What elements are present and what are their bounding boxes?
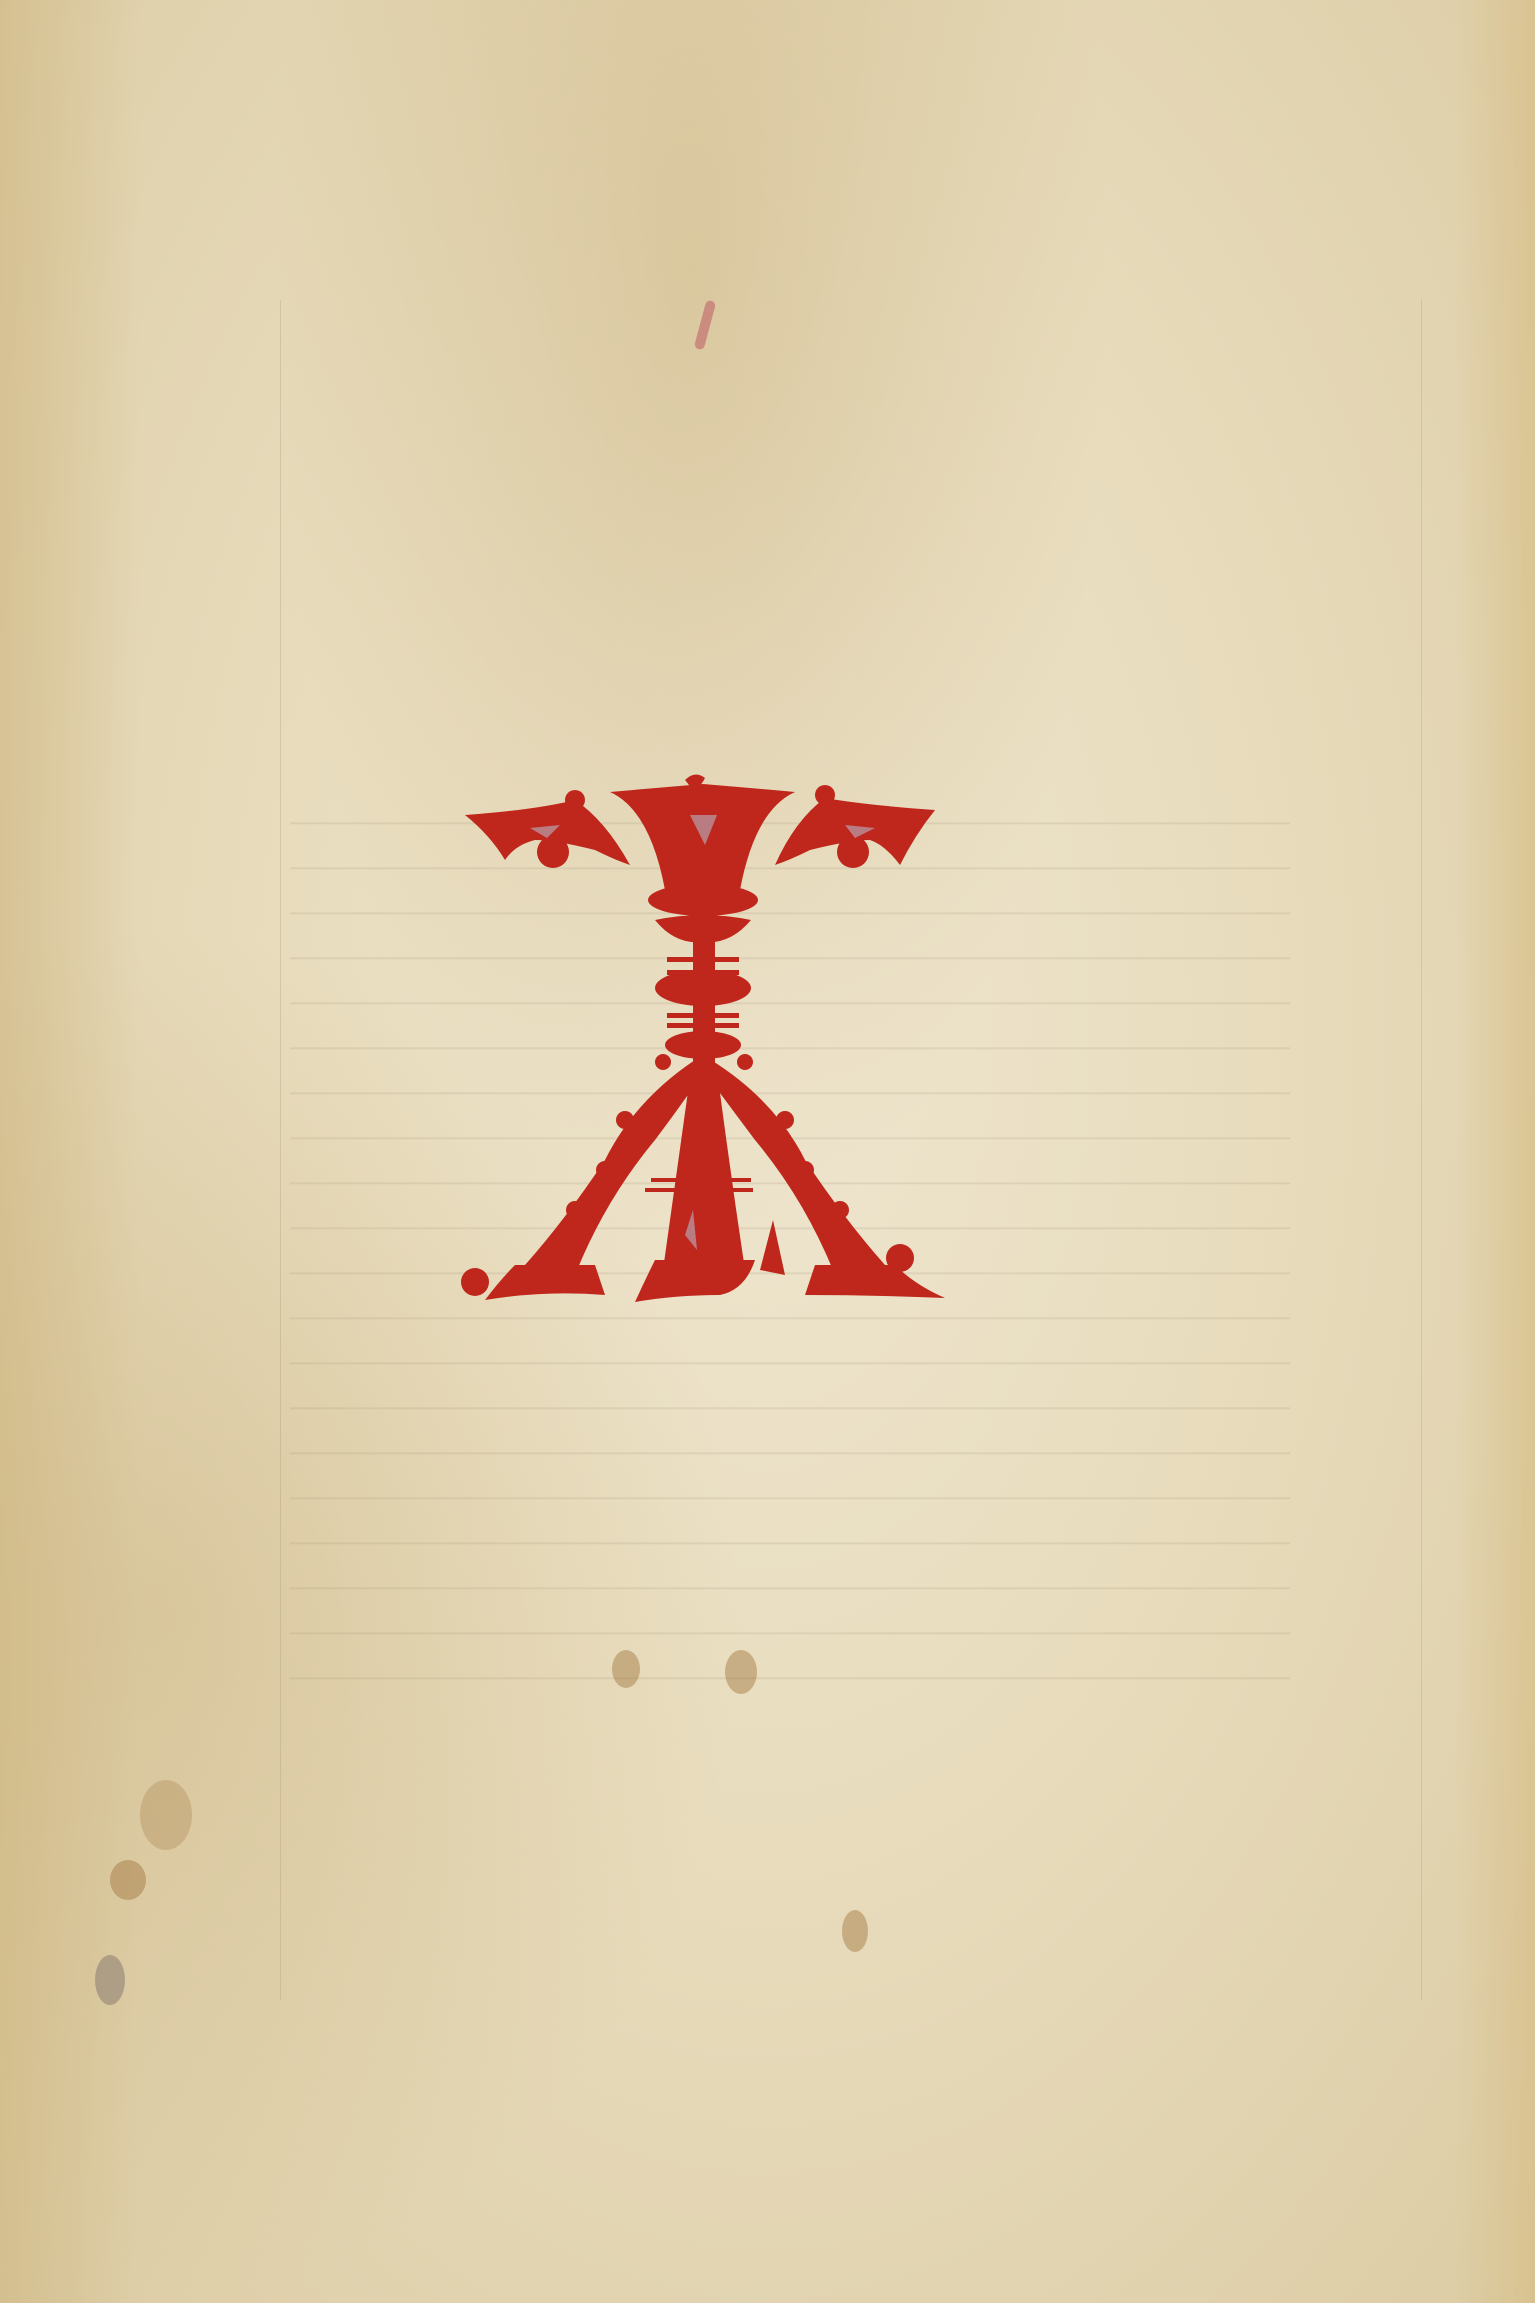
stain	[140, 1780, 192, 1850]
stain	[842, 1910, 868, 1952]
stain	[725, 1650, 757, 1694]
manuscript-page	[0, 0, 1535, 2303]
decorated-initial	[455, 770, 955, 1515]
stain	[612, 1650, 640, 1688]
page-edge-shading-right	[1455, 0, 1535, 2303]
stain	[95, 1955, 125, 2005]
stain	[110, 1860, 146, 1900]
page-edge-shading-left	[0, 0, 140, 2303]
